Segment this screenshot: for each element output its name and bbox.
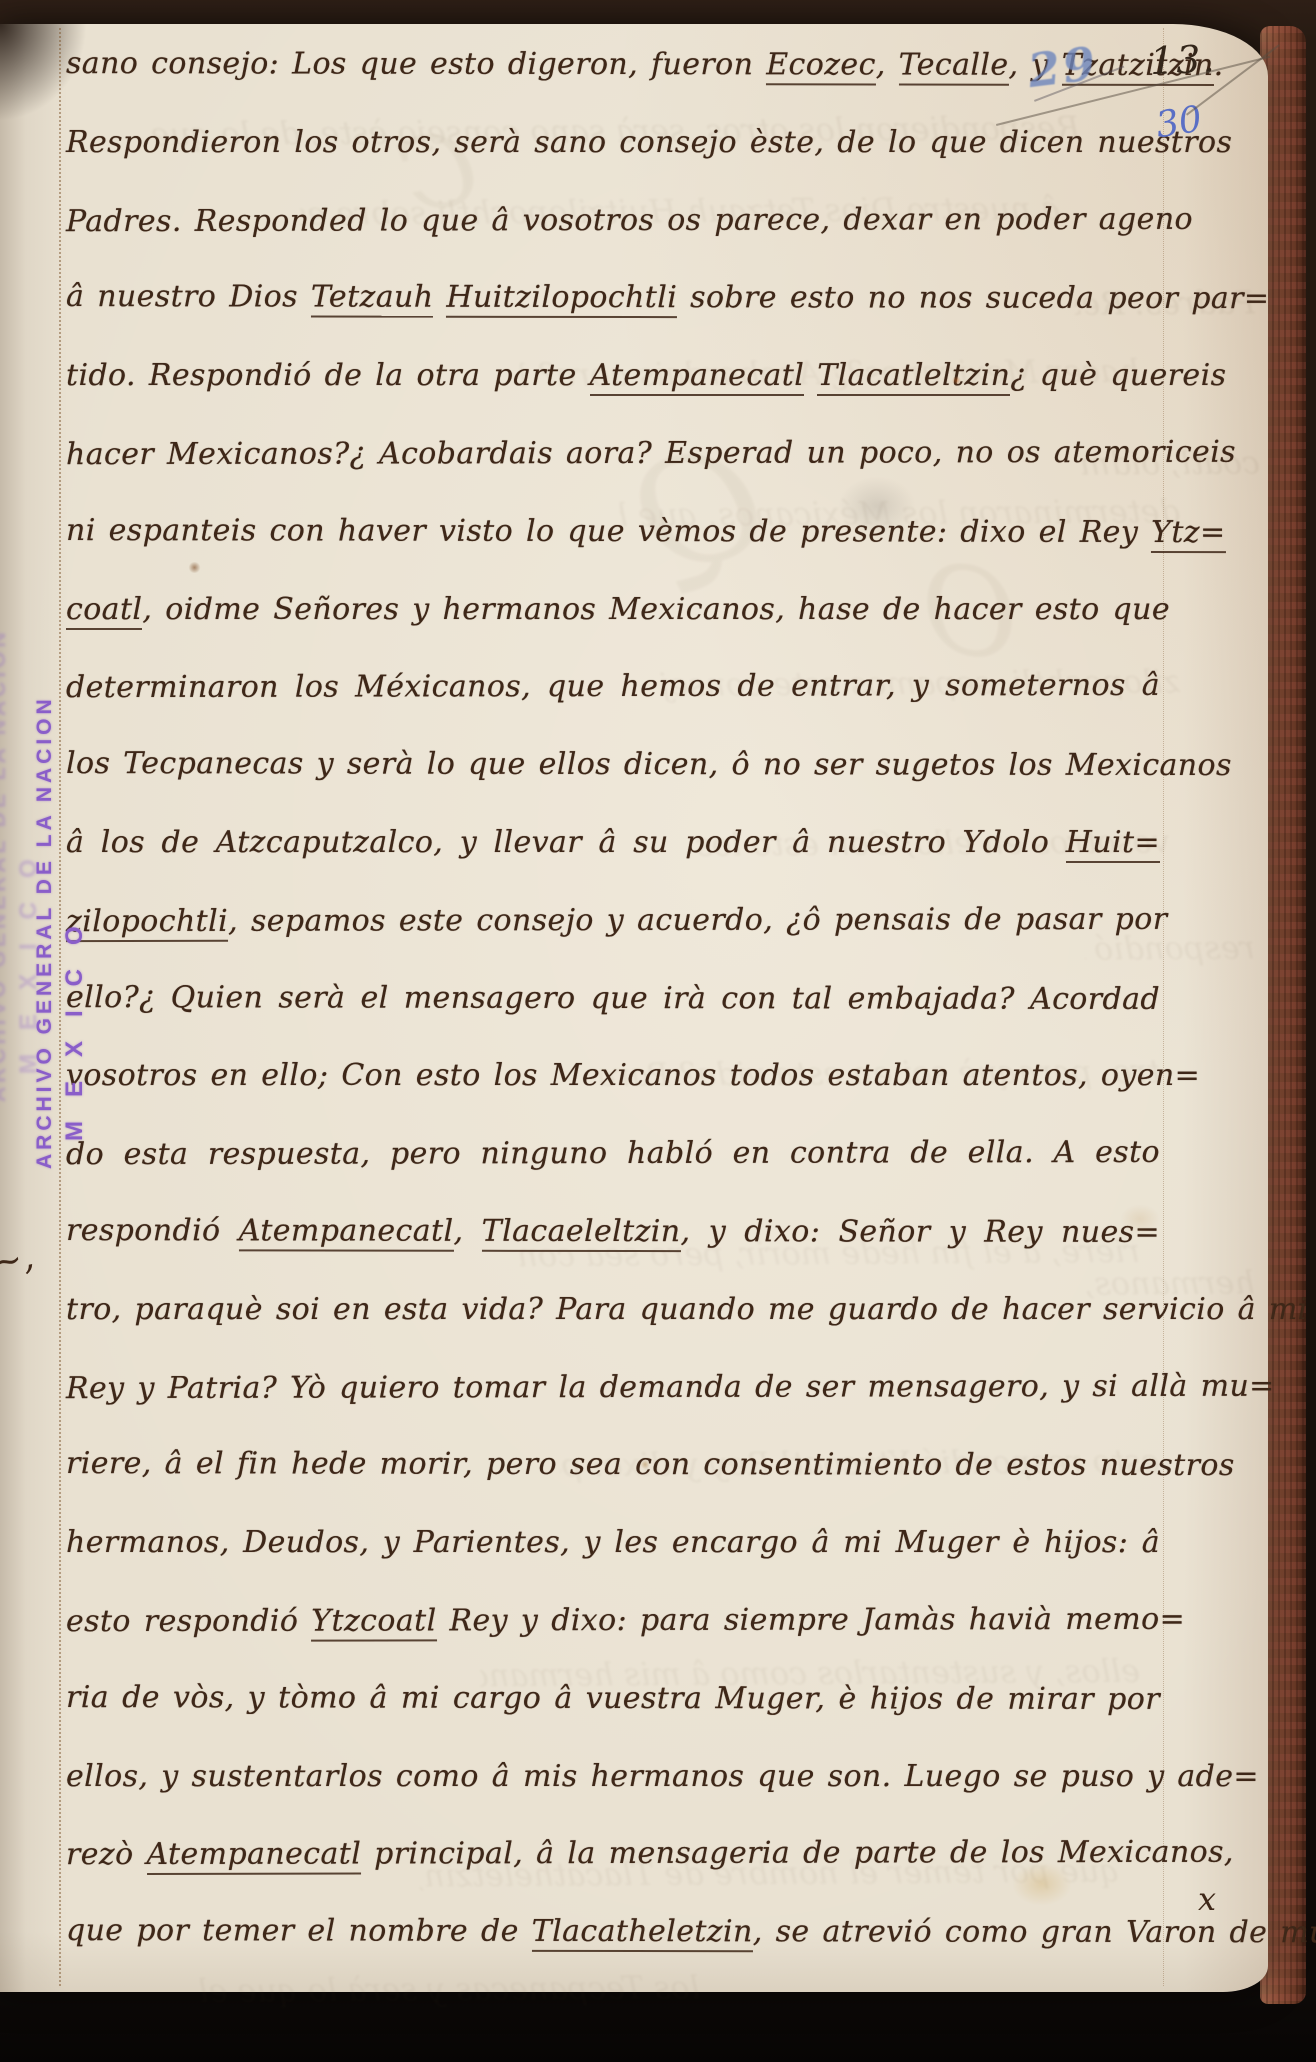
underlined-name: Ytzcoatl	[311, 1603, 436, 1641]
manuscript-line: los Tecpanecas y serà lo que ellos dicen…	[66, 725, 1160, 805]
handwritten-text: los Tecpanecas y serà lo que ellos dicen…	[66, 746, 1232, 783]
photographed-book: Respondieron los otros, serà sano consej…	[0, 0, 1316, 2062]
manuscript-line: coatl, oidme Señores y hermanos Mexicano…	[66, 571, 1160, 649]
manuscript-line: tido. Respondió de la otra parte Atempan…	[66, 337, 1160, 415]
manuscript-line: ria de vòs, y tòmo â mi cargo â vuestra …	[66, 1659, 1160, 1739]
handwritten-text: â los de Atzcaputzalco, y llevar â su po…	[66, 825, 1066, 860]
underlined-name: Atempanecatl	[146, 1837, 361, 1875]
manuscript-line: rezò Atempanecatl principal, â la mensag…	[66, 1814, 1160, 1894]
underlined-name: Tlacatheletzin	[532, 1914, 753, 1952]
manuscript-line: riere, â el fin hede morir, pero sea con…	[66, 1425, 1160, 1505]
manuscript-line: Rey y Patria? Yò quiero tomar la demanda…	[66, 1347, 1160, 1427]
handwritten-text: tro, paraquè soi en esta vida? Para quan…	[66, 1292, 1308, 1327]
handwritten-text: ria de vòs, y tòmo â mi cargo â vuestra …	[66, 1680, 1160, 1717]
underlined-name: Ytz=	[1151, 515, 1225, 553]
handwritten-text: , y dixo: Señor y Rey nues=	[681, 1214, 1161, 1250]
left-margin-mark: ~,	[0, 1236, 37, 1285]
handwritten-text: ellos, y sustentarlos como â mis hermano…	[66, 1759, 1259, 1794]
manuscript-line: determinaron los Méxicanos, que hemos de…	[66, 647, 1160, 727]
manuscript-line: ello?¿ Quien serà el mensagero que irà c…	[66, 959, 1160, 1039]
stamp-mexico-line-faint: MEXICO	[14, 627, 44, 1102]
manuscript-line: que por temer el nombre de Tlacatheletzi…	[66, 1892, 1160, 1972]
manuscript-line: hermanos, Deudos, y Parientes, y les enc…	[66, 1504, 1160, 1582]
handwritten-text: sano consejo: Los que esto digeron, fuer…	[66, 46, 766, 82]
handwritten-text: Rey y Patria? Yò quiero tomar la demanda…	[66, 1368, 1275, 1406]
manuscript-line: sano consejo: Los que esto digeron, fuer…	[66, 25, 1160, 105]
margin-x-mark: x	[1198, 1880, 1216, 1918]
manuscript-line: vosotros en ello; Con esto los Mexicanos…	[66, 1037, 1160, 1115]
handwritten-text: vosotros en ello; Con esto los Mexicanos…	[66, 1058, 1200, 1093]
handwritten-text: ni espanteis con haver visto lo que vèmo…	[66, 513, 1151, 550]
manuscript-line: Respondieron los otros, serà sano consej…	[66, 104, 1160, 182]
handwritten-text: riere, â el fin hede morir, pero sea con…	[66, 1446, 1235, 1483]
handwritten-text: ¿ què quereis	[1010, 358, 1226, 393]
handwritten-text: , sepamos este consejo y acuerdo, ¿ô pen…	[228, 902, 1167, 939]
archive-stamp-offset-copy: ARCHIVO GENERAL DE LA NACION MEXICO	[0, 627, 48, 1102]
underlined-name: Tlacatleltzin	[817, 358, 1010, 396]
underlined-name: coatl	[66, 592, 142, 630]
manuscript-line: do esta respuesta, pero ninguno habló en…	[66, 1114, 1160, 1194]
handwritten-text: respondió	[66, 1213, 239, 1248]
handwritten-text: sobre esto no nos suceda peor par=	[677, 281, 1269, 317]
manuscript-line: respondió Atempanecatl, Tlacaeleltzin, y…	[66, 1192, 1160, 1272]
handwritten-text	[433, 280, 446, 315]
manuscript-line: â nuestro Dios Tetzauh Huitzilopochtli s…	[66, 258, 1160, 338]
manuscript-line: tro, paraquè soi en esta vida? Para quan…	[66, 1271, 1160, 1349]
manuscript-line: Padres. Responded lo que â vosotros os p…	[66, 180, 1160, 260]
handwritten-text: do esta respuesta, pero ninguno habló en…	[66, 1135, 1160, 1172]
stamp-archive-line-faint: ARCHIVO GENERAL DE LA NACION	[0, 627, 14, 1102]
handwritten-text: principal, â la mensageria de parte de l…	[361, 1835, 1234, 1872]
stamp-mexico-line: MEXICO	[60, 694, 90, 1169]
handwritten-text: â nuestro Dios	[66, 279, 311, 314]
underlined-name: Huit=	[1066, 825, 1160, 863]
handwritten-text: ello?¿ Quien serà el mensagero que irà c…	[66, 980, 1160, 1017]
handwritten-text: Respondieron los otros, serà sano consej…	[66, 125, 1232, 160]
bleed-through-line: los Tecpanecas y serà lo que ellos dicen…	[200, 1968, 700, 2009]
handwritten-text: hacer Mexicanos?¿ Acobardais aora? Esper…	[66, 435, 1236, 472]
manuscript-line: esto respondió Ytzcoatl Rey y dixo: para…	[66, 1581, 1160, 1661]
underlined-name: Tecalle	[899, 47, 1009, 85]
handwritten-text: ,	[876, 47, 899, 82]
underlined-name: Atempanecatl	[239, 1213, 454, 1251]
handwritten-text: Rey y dixo: para siempre Jamàs havià mem…	[437, 1602, 1186, 1639]
handwritten-text: esto respondió	[66, 1604, 311, 1640]
underlined-name: Ecozec	[766, 47, 876, 85]
manuscript-line: hacer Mexicanos?¿ Acobardais aora? Esper…	[66, 414, 1160, 494]
underlined-name: Atempanecatl	[590, 358, 805, 396]
handwritten-text: ,	[453, 1214, 481, 1249]
underlined-name: Tetzauh	[311, 280, 434, 318]
handwritten-text: que por temer el nombre de	[66, 1913, 532, 1949]
manuscript-page: Respondieron los otros, serà sano consej…	[0, 24, 1268, 1992]
manuscript-line: â los de Atzcaputzalco, y llevar â su po…	[66, 804, 1160, 882]
manuscript-line: ni espanteis con haver visto lo que vèmo…	[66, 492, 1160, 572]
underlined-name: Huitzilopochtli	[446, 280, 677, 318]
handwritten-text: determinaron los Méxicanos, que hemos de…	[66, 668, 1160, 705]
manuscript-line: ellos, y sustentarlos como â mis hermano…	[66, 1738, 1160, 1816]
handwritten-text: hermanos, Deudos, y Parientes, y les enc…	[66, 1525, 1160, 1560]
handwritten-text: , se atrevió como gran Varon de mu=	[753, 1914, 1316, 1950]
handwritten-text: Padres. Responded lo que â vosotros os p…	[66, 201, 1193, 238]
handwritten-text: tido. Respondió de la otra parte	[66, 358, 590, 393]
underlined-name: Tlacaeleltzin	[482, 1214, 681, 1252]
handwritten-text: rezò	[66, 1837, 147, 1872]
manuscript-text: sano consejo: Los que esto digeron, fuer…	[66, 26, 1160, 1971]
right-margin-rule	[1163, 28, 1164, 1986]
handwritten-text: , oidme Señores y hermanos Mexicanos, ha…	[142, 592, 1170, 627]
handwritten-text	[804, 358, 817, 393]
manuscript-line: zilopochtli, sepamos este consejo y acue…	[66, 881, 1160, 961]
